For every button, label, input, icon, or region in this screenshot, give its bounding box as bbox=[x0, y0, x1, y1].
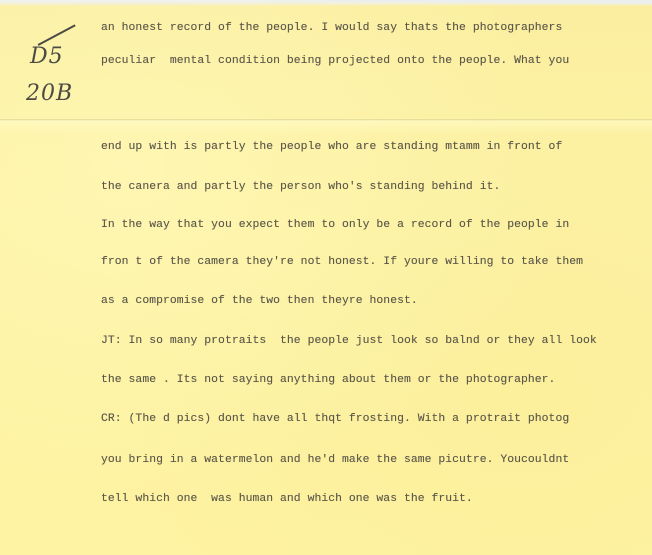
text-line: fron t of the camera they're not honest.… bbox=[101, 256, 583, 268]
text-line: an honest record of the people. I would … bbox=[101, 22, 562, 34]
paper-page: D5 20B an honest record of the people. I… bbox=[0, 0, 652, 555]
text-line: you bring in a watermelon and he'd make … bbox=[101, 454, 569, 466]
text-line: CR: (The d pics) dont have all thqt fros… bbox=[101, 413, 569, 425]
handwritten-mark-20b: 20B bbox=[26, 81, 73, 106]
text-line: peculiar mental condition being projecte… bbox=[101, 55, 569, 67]
paper-top-edge bbox=[0, 0, 652, 6]
text-line: tell which one was human and which one w… bbox=[101, 493, 473, 505]
text-line: JT: In so many protraits the people just… bbox=[101, 335, 597, 347]
text-line: end up with is partly the people who are… bbox=[101, 141, 562, 153]
paper-fold-shade bbox=[0, 121, 652, 135]
text-line: the canera and partly the person who's s… bbox=[101, 181, 500, 193]
handwritten-mark-d5: D5 bbox=[30, 44, 64, 69]
handwritten-slash-stroke bbox=[38, 24, 76, 45]
text-line: as a compromise of the two then theyre h… bbox=[101, 295, 418, 307]
text-line: the same . Its not saying anything about… bbox=[101, 374, 555, 386]
text-line: In the way that you expect them to only … bbox=[101, 219, 569, 231]
